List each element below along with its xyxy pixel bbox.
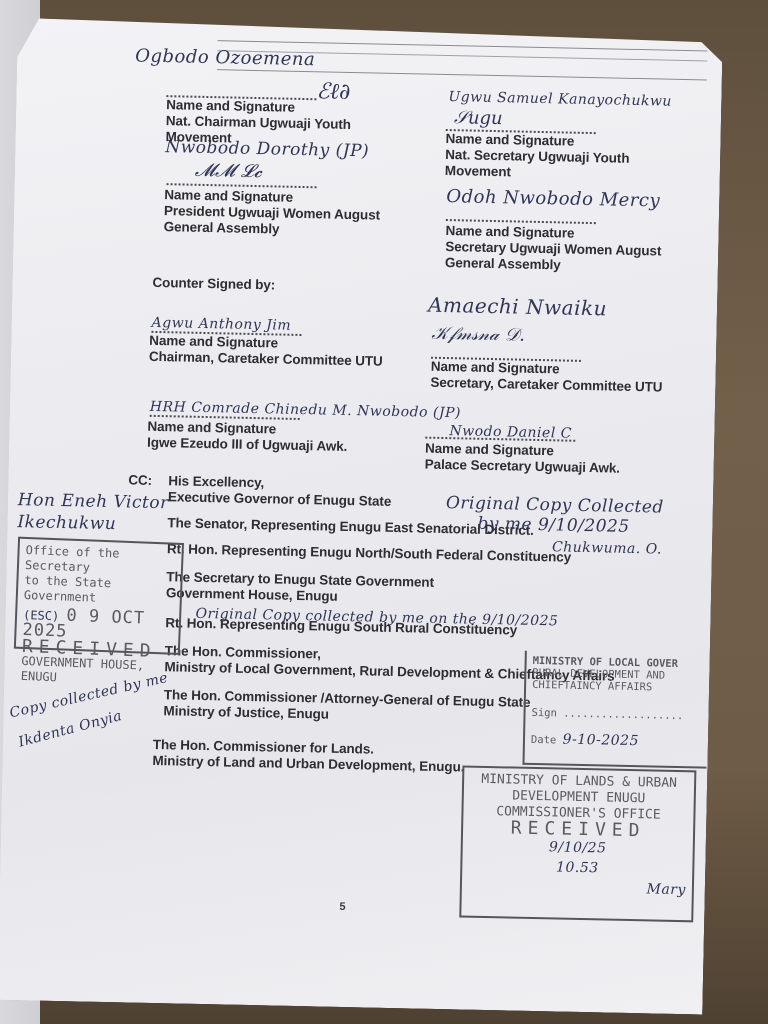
handwritten-name: Ogbodo Ozoemena bbox=[135, 46, 315, 70]
handwritten-name: Odoh Nwobodo Mercy bbox=[446, 187, 660, 211]
cc-item: His Excellency, bbox=[168, 473, 264, 491]
handwritten-name: Nwobodo Dorothy (JP) bbox=[165, 137, 369, 161]
signature-mark: 𝒦𝒻𝓂𝓈𝓃𝒶 𝒟. bbox=[431, 323, 525, 346]
stamp-sign-label: Sign bbox=[531, 707, 557, 720]
cc-label: CC: bbox=[128, 472, 152, 488]
cc-item: Ministry of Land and Urban Development, … bbox=[152, 753, 464, 776]
cc-item: Rt. Hon. Representing Enugu North/South … bbox=[167, 541, 572, 565]
stamp-line: to the State Government bbox=[24, 573, 175, 609]
left-margin-note: Hon Eneh Victor bbox=[18, 490, 169, 513]
secretary-received-stamp: Office of the Secretary to the State Gov… bbox=[14, 537, 184, 655]
signatory-title: Movement bbox=[445, 163, 511, 180]
document-page: Ogbodo Ozoemena ℰℓ∂ Name and Signature N… bbox=[0, 18, 723, 1015]
stamp-date-label: Date bbox=[531, 734, 557, 747]
handwritten-name: Amaechi Nwaiku bbox=[428, 295, 607, 319]
page-number: 5 bbox=[339, 901, 345, 913]
left-margin-note: Ikechukwu bbox=[17, 512, 116, 534]
cc-item: Executive Governor of Enugu State bbox=[168, 489, 392, 510]
signature-mark: ℰℓ∂ bbox=[316, 78, 350, 105]
stamp-line: CHIEFTAINCY AFFAIRS bbox=[532, 679, 702, 695]
cc-item: Government House, Enugu bbox=[166, 585, 338, 605]
local-government-stamp: MINISTRY OF LOCAL GOVER RURAL DEVELOPMEN… bbox=[522, 651, 708, 769]
cc-item: Ministry of Justice, Enugu bbox=[163, 703, 329, 722]
governor-collection-note: by me 9/10/2025 bbox=[477, 514, 630, 537]
stamp-signed-by: Mary bbox=[468, 876, 686, 901]
signatory-title: Palace Secretary Ugwuaji Awk. bbox=[425, 457, 621, 477]
lands-received-stamp: MINISTRY OF LANDS & URBAN DEVELOPMENT EN… bbox=[459, 765, 696, 922]
governor-collection-note: Chukwuma. O. bbox=[552, 537, 662, 559]
signatory-title: Secretary, Caretaker Committee UTU bbox=[430, 375, 662, 396]
counter-signed-heading: Counter Signed by: bbox=[152, 275, 275, 294]
signatory-title: General Assembly bbox=[445, 255, 561, 273]
signature-mark: 𝓜𝓜 𝓛𝓬 bbox=[195, 160, 263, 182]
signatory-title: Igwe Ezeudo III of Ugwuaji Awk. bbox=[147, 435, 347, 455]
signature-mark: 𝒮ugu bbox=[454, 107, 503, 129]
signatory-title: Chairman, Caretaker Committee UTU bbox=[149, 349, 383, 370]
stamp-date-value: 9-10-2025 bbox=[562, 732, 639, 750]
signatory-title: General Assembly bbox=[163, 219, 279, 237]
